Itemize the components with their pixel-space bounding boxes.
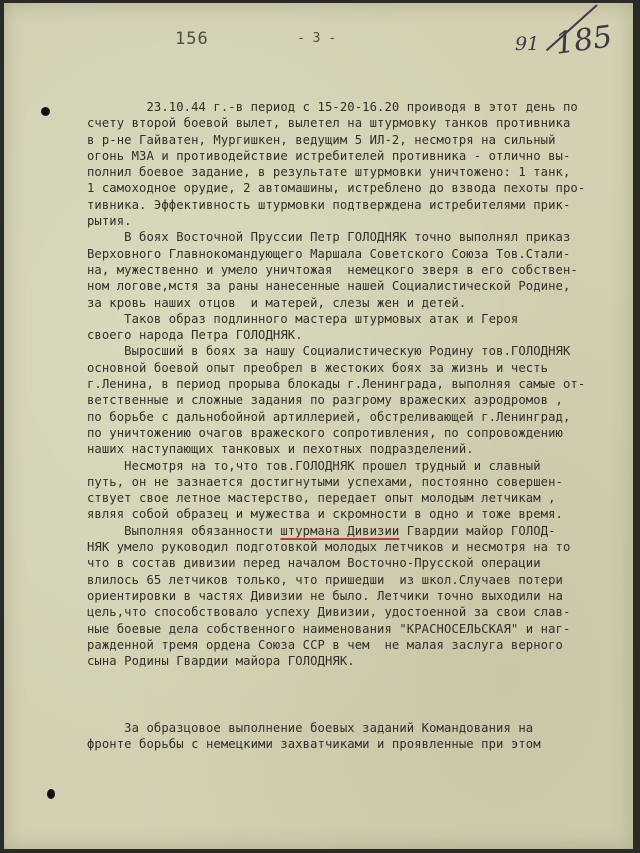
punch-hole [47, 789, 55, 799]
text-line: по борьбе с дальнобойной артиллерией, об… [87, 409, 627, 425]
handwritten-folio: 91 [515, 33, 539, 55]
text-line: ные боевые дела собственного наименовани… [87, 621, 627, 637]
text-line: ствует свое летное мастерство, передает … [87, 490, 627, 506]
text-line: в р-не Гайватен, Мургишкен, ведущим 5 ИЛ… [87, 132, 627, 148]
text-line: рытия. [87, 213, 627, 229]
text-line: влилось 65 летчиков только, что пришедши… [87, 572, 627, 588]
text-line: ном логове,мстя за раны нанесенные нашей… [87, 278, 627, 294]
text-line: являя собой образец и мужества и скромно… [87, 506, 627, 522]
text-line: полнил боевое задание, в результате штур… [87, 164, 627, 180]
text-line: наших наступающих танковых и пехотных по… [87, 441, 627, 457]
text-line: что в состав дивизии перед началом Восто… [87, 555, 627, 571]
text-line: счету второй боевой вылет, вылетел на шт… [87, 115, 627, 131]
text-line: ветственные и сложные задания по разгром… [87, 392, 627, 408]
text-line: за кровь наших отцов и матерей, слезы же… [87, 295, 627, 311]
text-line: по уничтожению очагов вражеского сопроти… [87, 425, 627, 441]
punch-hole [41, 107, 50, 116]
handwritten-folio-crossed: 185 [553, 19, 615, 62]
text-line: Выросший в боях за нашу Социалистическую… [87, 343, 627, 359]
text-line: Несмотря на то,что тов.ГОЛОДНЯК прошел т… [87, 458, 627, 474]
text-line: Выполняя обязанности штурмана Дивизии Гв… [87, 523, 627, 539]
text-line: Верховного Главнокомандующего Маршала Со… [87, 246, 627, 262]
text-line: цель,что способствовало успеху Дивизии, … [87, 604, 627, 620]
page-number: - 3 - [297, 31, 336, 46]
document-page: 156 - 3 - 91 185 23.10.44 г.-в период с … [4, 3, 633, 849]
closing-text: За образцовое выполнение боевых заданий … [87, 720, 627, 753]
text-line: ориентировки в частях Дивизии не было. Л… [87, 588, 627, 604]
text-line: За образцовое выполнение боевых заданий … [87, 720, 627, 736]
text-line: Таков образ подлинного мастера штурмовых… [87, 311, 627, 327]
text-line: г.Ленина, в период прорыва блокады г.Лен… [87, 376, 627, 392]
text-line: огонь МЗА и противодействие истребителей… [87, 148, 627, 164]
text-line: 23.10.44 г.-в период с 15-20-16.20 проив… [87, 99, 627, 115]
text-line: ражденной тремя ордена Союза ССР в чем н… [87, 637, 627, 653]
text-line: основной боевой опыт преобрел в жестоких… [87, 360, 627, 376]
text-line: фронте борьбы с немецкими захватчиками и… [87, 736, 627, 752]
text-line: своего народа Петра ГОЛОДНЯК. [87, 327, 627, 343]
text-line: В боях Восточной Пруссии Петр ГОЛОДНЯК т… [87, 229, 627, 245]
text-line: сына Родины Гвардии майора ГОЛОДНЯК. [87, 653, 627, 669]
text-line: 1 самоходное орудие, 2 автомашины, истре… [87, 180, 627, 196]
text-line: на, мужественно и умело уничтожая немецк… [87, 262, 627, 278]
underlined-phrase: штурмана Дивизии [280, 524, 399, 538]
body-text: 23.10.44 г.-в период с 15-20-16.20 проив… [87, 99, 627, 669]
archive-number: 156 [175, 29, 209, 49]
text-line: НЯК умело руководил подготовкой молодых … [87, 539, 627, 555]
text-line: путь, он не зазнается достигнутыми успех… [87, 474, 627, 490]
text-line: тивника. Эффективность штурмовки подтвер… [87, 197, 627, 213]
